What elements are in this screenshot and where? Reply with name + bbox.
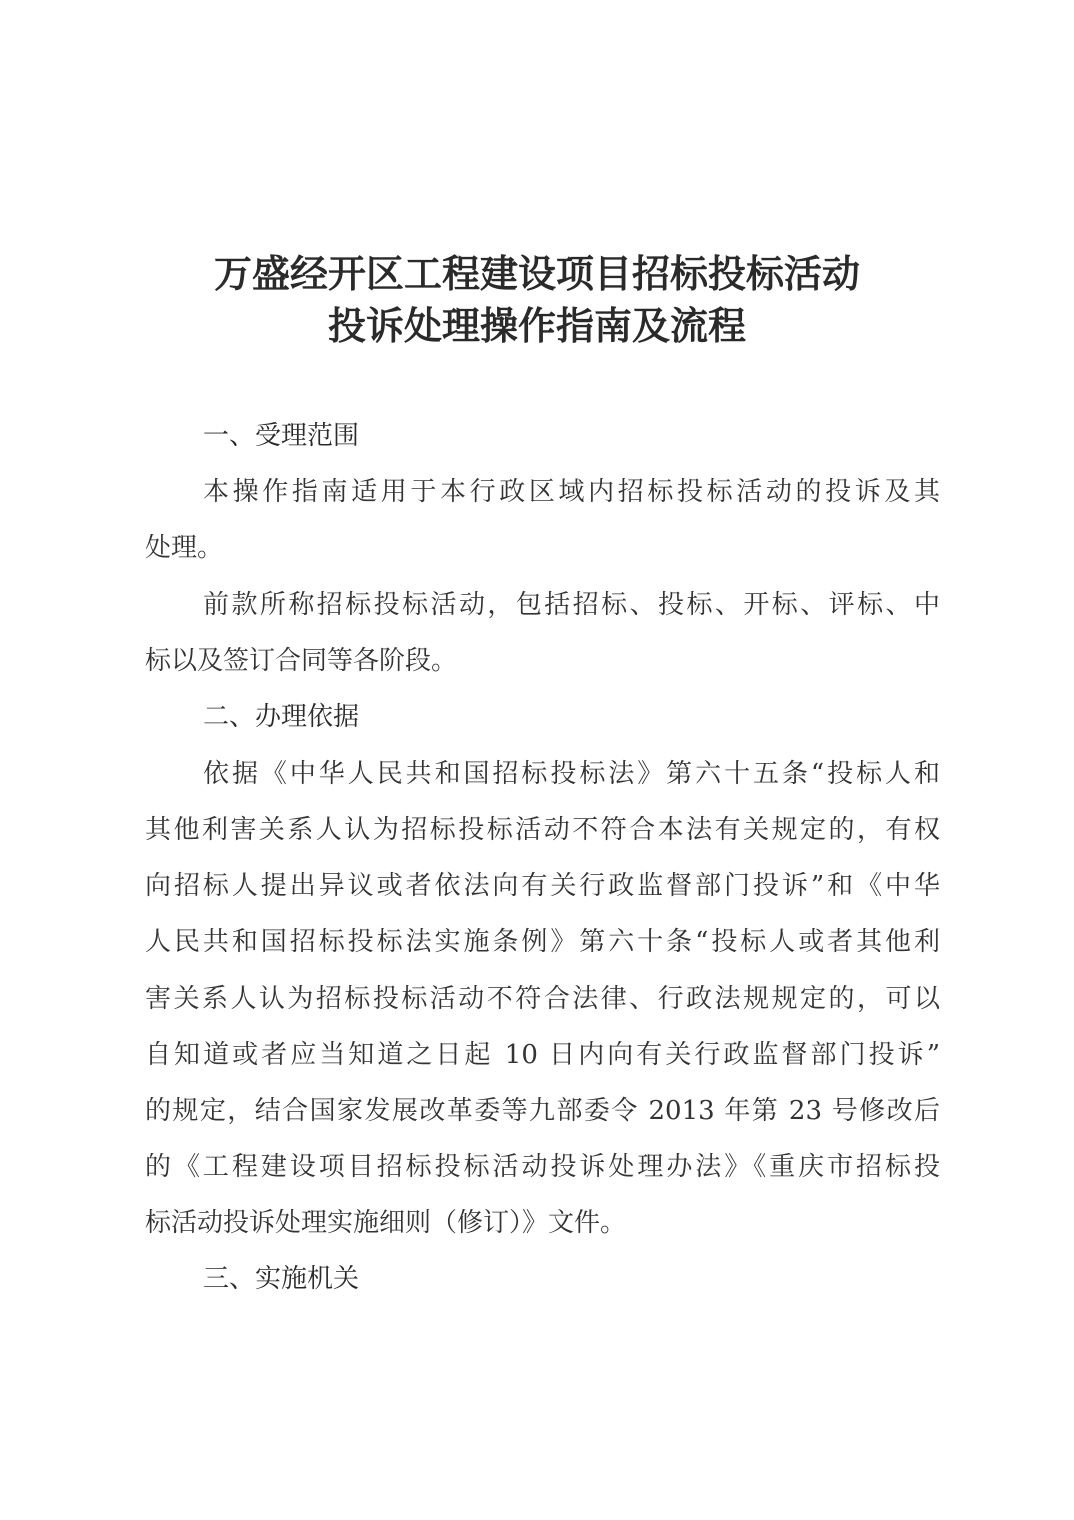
document-title-line-1: 万盛经开区工程建设项目招标投标活动 — [0, 248, 1074, 300]
paragraph-line: 处理。 — [145, 530, 940, 566]
paragraph-line: 前款所称招标投标活动，包括招标、投标、开标、评标、中 — [203, 587, 940, 623]
section-heading-basis: 二、办理依据 — [203, 699, 359, 735]
paragraph-line: 人民共和国招标投标法实施条例》第六十条“投标人或者其他利 — [145, 924, 940, 960]
paragraph-line: 自知道或者应当知道之日起 10 日内向有关行政监督部门投诉” — [145, 1037, 940, 1073]
document-page: 万盛经开区工程建设项目招标投标活动 投诉处理操作指南及流程 一、受理范围 本操作… — [0, 0, 1074, 1520]
paragraph-line: 本操作指南适用于本行政区域内招标投标活动的投诉及其 — [203, 474, 940, 510]
paragraph-line: 的规定，结合国家发展改革委等九部委令 2013 年第 23 号修改后 — [145, 1093, 940, 1129]
paragraph-line: 其他利害关系人认为招标投标活动不符合本法有关规定的，有权 — [145, 812, 940, 848]
paragraph-line: 的《工程建设项目招标投标活动投诉处理办法》《重庆市招标投 — [145, 1149, 940, 1185]
paragraph-line: 害关系人认为招标投标活动不符合法律、行政法规规定的，可以 — [145, 981, 940, 1017]
paragraph-line: 依据《中华人民共和国招标投标法》第六十五条“投标人和 — [203, 756, 940, 792]
paragraph-line: 标以及签订合同等各阶段。 — [145, 643, 940, 679]
document-title-line-2: 投诉处理操作指南及流程 — [0, 300, 1074, 352]
section-heading-agency: 三、实施机关 — [203, 1261, 359, 1297]
paragraph-line: 标活动投诉处理实施细则（修订）》文件。 — [145, 1205, 940, 1241]
paragraph-line: 向招标人提出异议或者依法向有关行政监督部门投诉”和《中华 — [145, 868, 940, 904]
section-heading-scope: 一、受理范围 — [203, 418, 359, 454]
